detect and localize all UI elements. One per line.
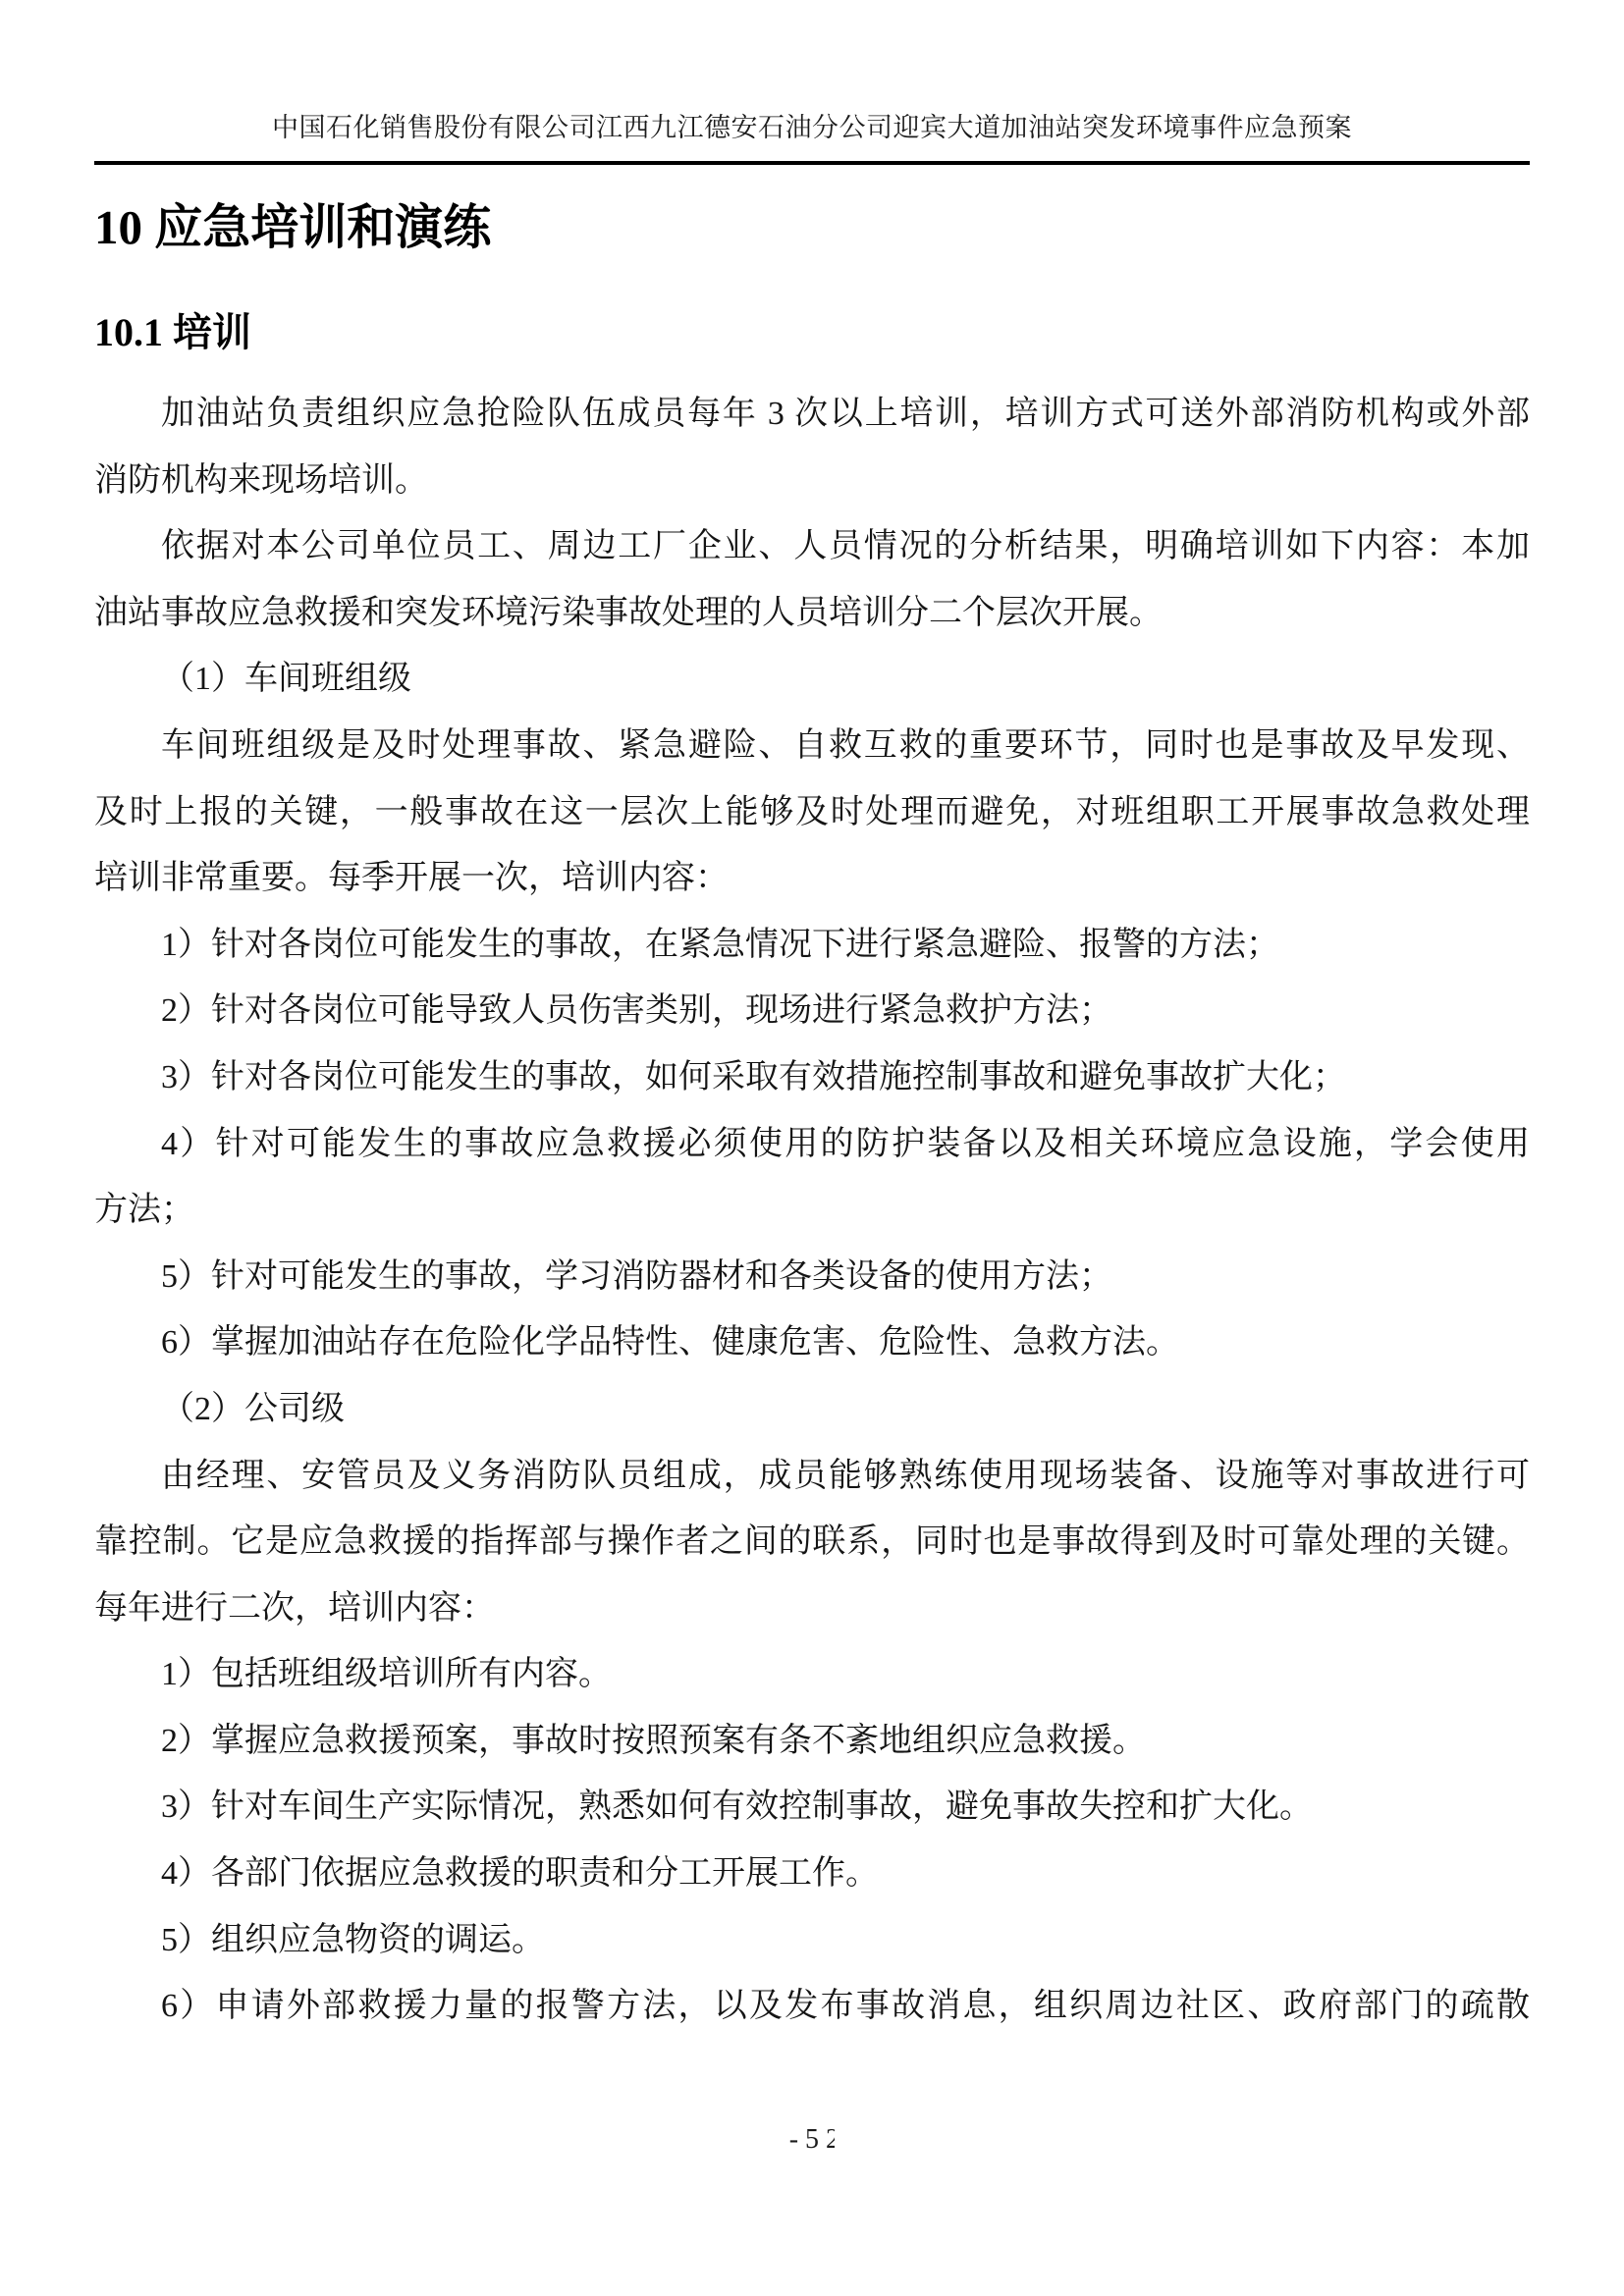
header-rule (94, 161, 1530, 165)
text-line: 4）针对可能发生的事故应急救援必须使用的防护装备以及相关环境应急设施，学会使用 (94, 1111, 1530, 1178)
text-line: 3）针对各岗位可能发生的事故，如何采取有效措施控制事故和避免事故扩大化； (94, 1044, 1530, 1111)
text-line: 4）各部门依据应急救援的职责和分工开展工作。 (94, 1841, 1530, 1907)
text-line: 及时上报的关键，一般事故在这一层次上能够及时处理而避免，对班组职工开展事故急救处… (94, 779, 1530, 846)
text-line: 消防机构来现场培训。 (94, 448, 1530, 514)
text-line: （1）车间班组级 (94, 646, 1530, 713)
text-line: 5）针对可能发生的事故，学习消防器材和各类设备的使用方法； (94, 1244, 1530, 1310)
text-line: 方法； (94, 1177, 1530, 1244)
document-body: 加油站负责组织应急抢险队伍成员每年 3 次以上培训，培训方式可送外部消防机构或外… (94, 381, 1530, 2040)
text-line: 1）包括班组级培训所有内容。 (94, 1641, 1530, 1708)
section-heading: 10 应急培训和演练 (94, 198, 1530, 257)
text-line: 5）组织应急物资的调运。 (94, 1907, 1530, 1974)
text-line: 靠控制。它是应急救援的指挥部与操作者之间的联系，同时也是事故得到及时可靠处理的关… (94, 1509, 1530, 1575)
text-line: 依据对本公司单位员工、周边工厂企业、人员情况的分析结果，明确培训如下内容：本加 (94, 513, 1530, 580)
page-number-clipped-digit: 2 (826, 2120, 835, 2160)
text-line: 2）针对各岗位可能导致人员伤害类别，现场进行紧急救护方法； (94, 978, 1530, 1044)
text-line: 培训非常重要。每季开展一次，培训内容： (94, 845, 1530, 912)
text-line: 2）掌握应急救援预案，事故时按照预案有条不紊地组织应急救援。 (94, 1708, 1530, 1775)
text-line: 车间班组级是及时处理事故、紧急避险、自救互救的重要环节，同时也是事故及早发现、 (94, 713, 1530, 779)
text-line: 1）针对各岗位可能发生的事故，在紧急情况下进行紧急避险、报警的方法； (94, 912, 1530, 979)
document-page: 中国石化销售股份有限公司江西九江德安石油分公司迎宾大道加油站突发环境事件应急预案… (0, 0, 1624, 2296)
text-line: 每年进行二次，培训内容： (94, 1575, 1530, 1642)
page-number-text: - 5 (789, 2124, 819, 2155)
page-number: - 5 2 (0, 2120, 1624, 2160)
text-line: 6）掌握加油站存在危险化学品特性、健康危害、危险性、急救方法。 (94, 1309, 1530, 1376)
text-line: （2）公司级 (94, 1376, 1530, 1443)
page-header: 中国石化销售股份有限公司江西九江德安石油分公司迎宾大道加油站突发环境事件应急预案 (94, 110, 1530, 145)
text-line: 加油站负责组织应急抢险队伍成员每年 3 次以上培训，培训方式可送外部消防机构或外… (94, 381, 1530, 448)
text-line: 3）针对车间生产实际情况，熟悉如何有效控制事故，避免事故失控和扩大化。 (94, 1774, 1530, 1841)
text-line: 油站事故应急救援和突发环境污染事故处理的人员培训分二个层次开展。 (94, 580, 1530, 647)
text-line: 6）申请外部救援力量的报警方法，以及发布事故消息，组织周边社区、政府部门的疏散 (94, 1973, 1530, 2040)
subsection-heading: 10.1 培训 (94, 308, 1530, 357)
text-line: 由经理、安管员及义务消防队员组成，成员能够熟练使用现场装备、设施等对事故进行可 (94, 1443, 1530, 1510)
